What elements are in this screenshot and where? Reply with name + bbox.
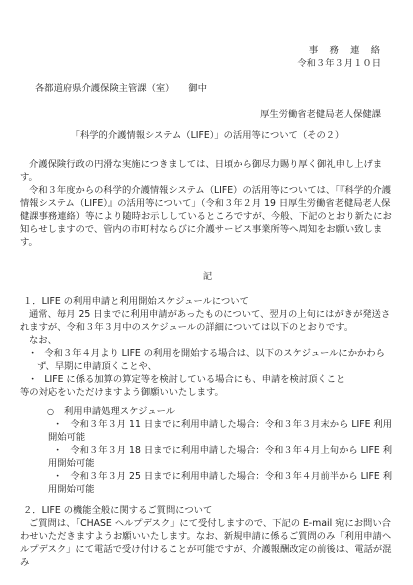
sender-org: 厚生労働省老健局老人保健課 <box>20 108 395 121</box>
schedule-item-1-text: 令和３年３月 11 日までに利用申請した場合：令和３年３月末から LIFE 利用… <box>48 419 392 443</box>
document-page: 事 務 連 絡 令和３年３月１０日 各都道府県介護保険主管課（室） 御中 厚生労… <box>0 0 413 585</box>
bullet-dot-icon: ・ <box>53 419 70 430</box>
section1-bullet-2-text: LIFE に係る加算の算定等を検討している場合にも、申請を検討頂くこと <box>44 374 345 385</box>
circle-bullet-icon: ○ <box>47 407 64 416</box>
bullet-dot-icon: ・ <box>53 471 70 482</box>
intro-paragraph-2: 令和３年度からの科学的介護情報システム（LIFE）の活用等については、「『科学的… <box>20 184 395 249</box>
doc-date: 令和３年３月１０日 <box>20 57 395 70</box>
doc-type-label: 事 務 連 絡 <box>20 44 395 57</box>
bullet-dot-icon: ・ <box>28 348 44 359</box>
schedule-item-2: ・令和３年３月 18 日までに利用申請した場合：令和３年４月上旬から LIFE … <box>48 444 395 470</box>
section2-heading: ２．LIFE の機能全般に関するご質問について <box>23 504 395 517</box>
section1-nao: なお、 <box>20 334 395 347</box>
bullet-dot-icon: ・ <box>28 374 44 385</box>
section1-bullet-1-text: 令和３年４月より LIFE の利用を開始する場合は、以下のスケジュールにかかわら… <box>37 348 385 372</box>
section1-bullet-2: ・LIFE に係る加算の算定等を検討している場合にも、申請を検討頂くこと <box>37 373 395 386</box>
addressee: 各都道府県介護保険主管課（室） 御中 <box>35 82 395 95</box>
doc-title: 「科学的介護情報システム（LIFE）」の活用等について（その２） <box>20 129 395 142</box>
section1-bullet-1: ・令和３年４月より LIFE の利用を開始する場合は、以下のスケジュールにかかわ… <box>37 347 395 373</box>
section1-closing: 等の対応をいただけますよう御願いいたします。 <box>20 386 395 399</box>
bullet-dot-icon: ・ <box>53 445 70 456</box>
schedule-item-3-text: 令和３年３月 25 日までに利用申請した場合：令和３年４月前半から LIFE 利… <box>48 471 392 495</box>
schedule-item-3: ・令和３年３月 25 日までに利用申請した場合：令和３年４月前半から LIFE … <box>48 470 395 496</box>
section1-paragraph: 通常、毎月 25 日までに利用申請があったものについて、翌月の上旬にはがきが発送… <box>20 308 395 334</box>
schedule-heading-row: ○利用申請処理スケジュール <box>47 405 395 418</box>
ki-marker: 記 <box>20 270 395 283</box>
schedule-heading: 利用申請処理スケジュール <box>64 406 175 417</box>
schedule-item-2-text: 令和３年３月 18 日までに利用申請した場合：令和３年４月上旬から LIFE 利… <box>48 445 392 469</box>
section2-paragraph: ご質問は、「CHASE ヘルプデスク」にて受付しますので、下記の E-mail … <box>20 517 395 569</box>
section1-heading: １．LIFE の利用申請と利用開始スケジュールについて <box>23 295 395 308</box>
intro-paragraph-1: 介護保険行政の円滑な実施につきましては、日頃から御尽力賜り厚く御礼申し上げます。 <box>20 158 395 184</box>
schedule-item-1: ・令和３年３月 11 日までに利用申請した場合：令和３年３月末から LIFE 利… <box>48 418 395 444</box>
